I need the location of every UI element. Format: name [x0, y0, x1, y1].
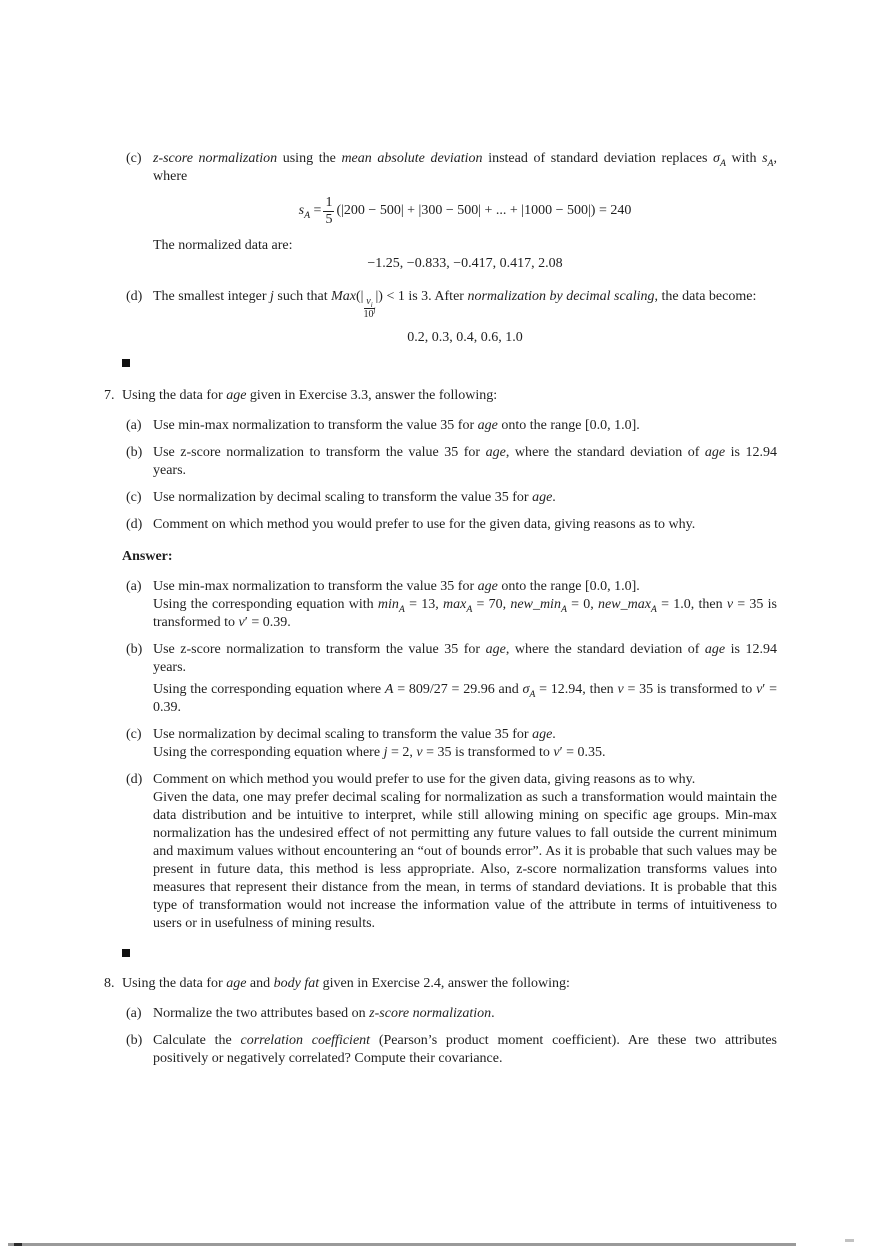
answer-text: Given the data, one may prefer decimal s… [153, 789, 777, 933]
item-label: (b) [126, 1032, 142, 1050]
normalized-data-values: −1.25, −0.833, −0.417, 0.417, 2.08 [153, 255, 777, 273]
decimal-scaling-values: 0.2, 0.3, 0.4, 0.6, 1.0 [153, 329, 777, 347]
q7-answer-b: (b) Use z-score normalization to transfo… [153, 641, 777, 717]
item-text: Normalize the two attributes based on z-… [153, 1006, 495, 1021]
item-text: Use min-max normalization to transform t… [153, 418, 640, 433]
q7-part-d: (d) Comment on which method you would pr… [153, 516, 777, 534]
normalized-data-intro: The normalized data are: [153, 237, 777, 255]
item-text: Use z-score normalization to transform t… [153, 445, 777, 478]
q7-answer-d: (d) Comment on which method you would pr… [153, 771, 777, 933]
fraction-denominator: 5 [325, 212, 332, 228]
item-label: (c) [126, 489, 142, 507]
item-label: (c) [126, 726, 142, 744]
item-label: (d) [126, 516, 142, 534]
item-label: (b) [126, 641, 142, 659]
qed-square-icon [122, 949, 130, 957]
answer-heading: Answer: [122, 548, 777, 566]
equation-lhs: sA = [299, 202, 322, 220]
equation-rhs: (|200 − 500| + |300 − 500| + ... + |1000… [336, 202, 631, 220]
item-text: Comment on which method you would prefer… [153, 517, 695, 532]
item-label: (a) [126, 578, 142, 596]
page-bottom-edge-line [8, 1243, 796, 1246]
page-bottom-edge-dark-mark [14, 1243, 22, 1246]
equation-mad: sA = 15 (|200 − 500| + |300 − 500| + ...… [153, 195, 777, 227]
exercise-number: 7. [104, 387, 115, 405]
exercise-8: 8. Using the data for age and body fat g… [122, 975, 777, 993]
document-page: (c) z-score normalization using the mean… [0, 0, 880, 1247]
page-content: (c) z-score normalization using the mean… [0, 150, 880, 1077]
exercise-number: 8. [104, 975, 115, 993]
fraction-numerator: 1 [323, 195, 334, 212]
q7-answer-a: (a) Use min-max normalization to transfo… [153, 578, 777, 632]
q8-part-b: (b) Calculate the correlation coefficien… [153, 1032, 777, 1068]
item-label: (a) [126, 417, 142, 435]
q8-part-a: (a) Normalize the two attributes based o… [153, 1005, 777, 1023]
item-text: The smallest integer j such that Max(|vi… [153, 289, 756, 304]
exercise-7: 7. Using the data for age given in Exerc… [122, 387, 777, 405]
item-label: (b) [126, 444, 142, 462]
item-text: Use normalization by decimal scaling to … [153, 490, 556, 505]
item-label: (d) [126, 771, 142, 789]
answer-text: Using the corresponding equation where A… [153, 681, 777, 717]
item-text: z-score normalization using the mean abs… [153, 151, 777, 184]
q7-part-a: (a) Use min-max normalization to transfo… [153, 417, 777, 435]
exercise-item-c: (c) z-score normalization using the mean… [153, 150, 777, 186]
exercise-intro: Using the data for age and body fat give… [122, 976, 570, 991]
answer-question: Use min-max normalization to transform t… [153, 578, 777, 596]
answer-question: Use normalization by decimal scaling to … [153, 726, 777, 744]
q7-answer-c: (c) Use normalization by decimal scaling… [153, 726, 777, 762]
item-text: Calculate the correlation coefficient (P… [153, 1033, 777, 1066]
item-label: (c) [126, 150, 142, 168]
page-corner-mark [845, 1239, 854, 1242]
fraction: 15 [323, 195, 334, 227]
answer-question: Use z-score normalization to transform t… [153, 641, 777, 677]
q7-part-c: (c) Use normalization by decimal scaling… [153, 489, 777, 507]
answer-question: Comment on which method you would prefer… [153, 771, 777, 789]
answer-text: Using the corresponding equation where j… [153, 744, 777, 762]
exercise-item-d: (d) The smallest integer j such that Max… [153, 288, 777, 320]
q7-part-b: (b) Use z-score normalization to transfo… [153, 444, 777, 480]
item-label: (a) [126, 1005, 142, 1023]
answer-text: Using the corresponding equation with mi… [153, 596, 777, 632]
exercise-intro: Using the data for age given in Exercise… [122, 388, 497, 403]
item-label: (d) [126, 288, 142, 306]
qed-square-icon [122, 359, 130, 367]
